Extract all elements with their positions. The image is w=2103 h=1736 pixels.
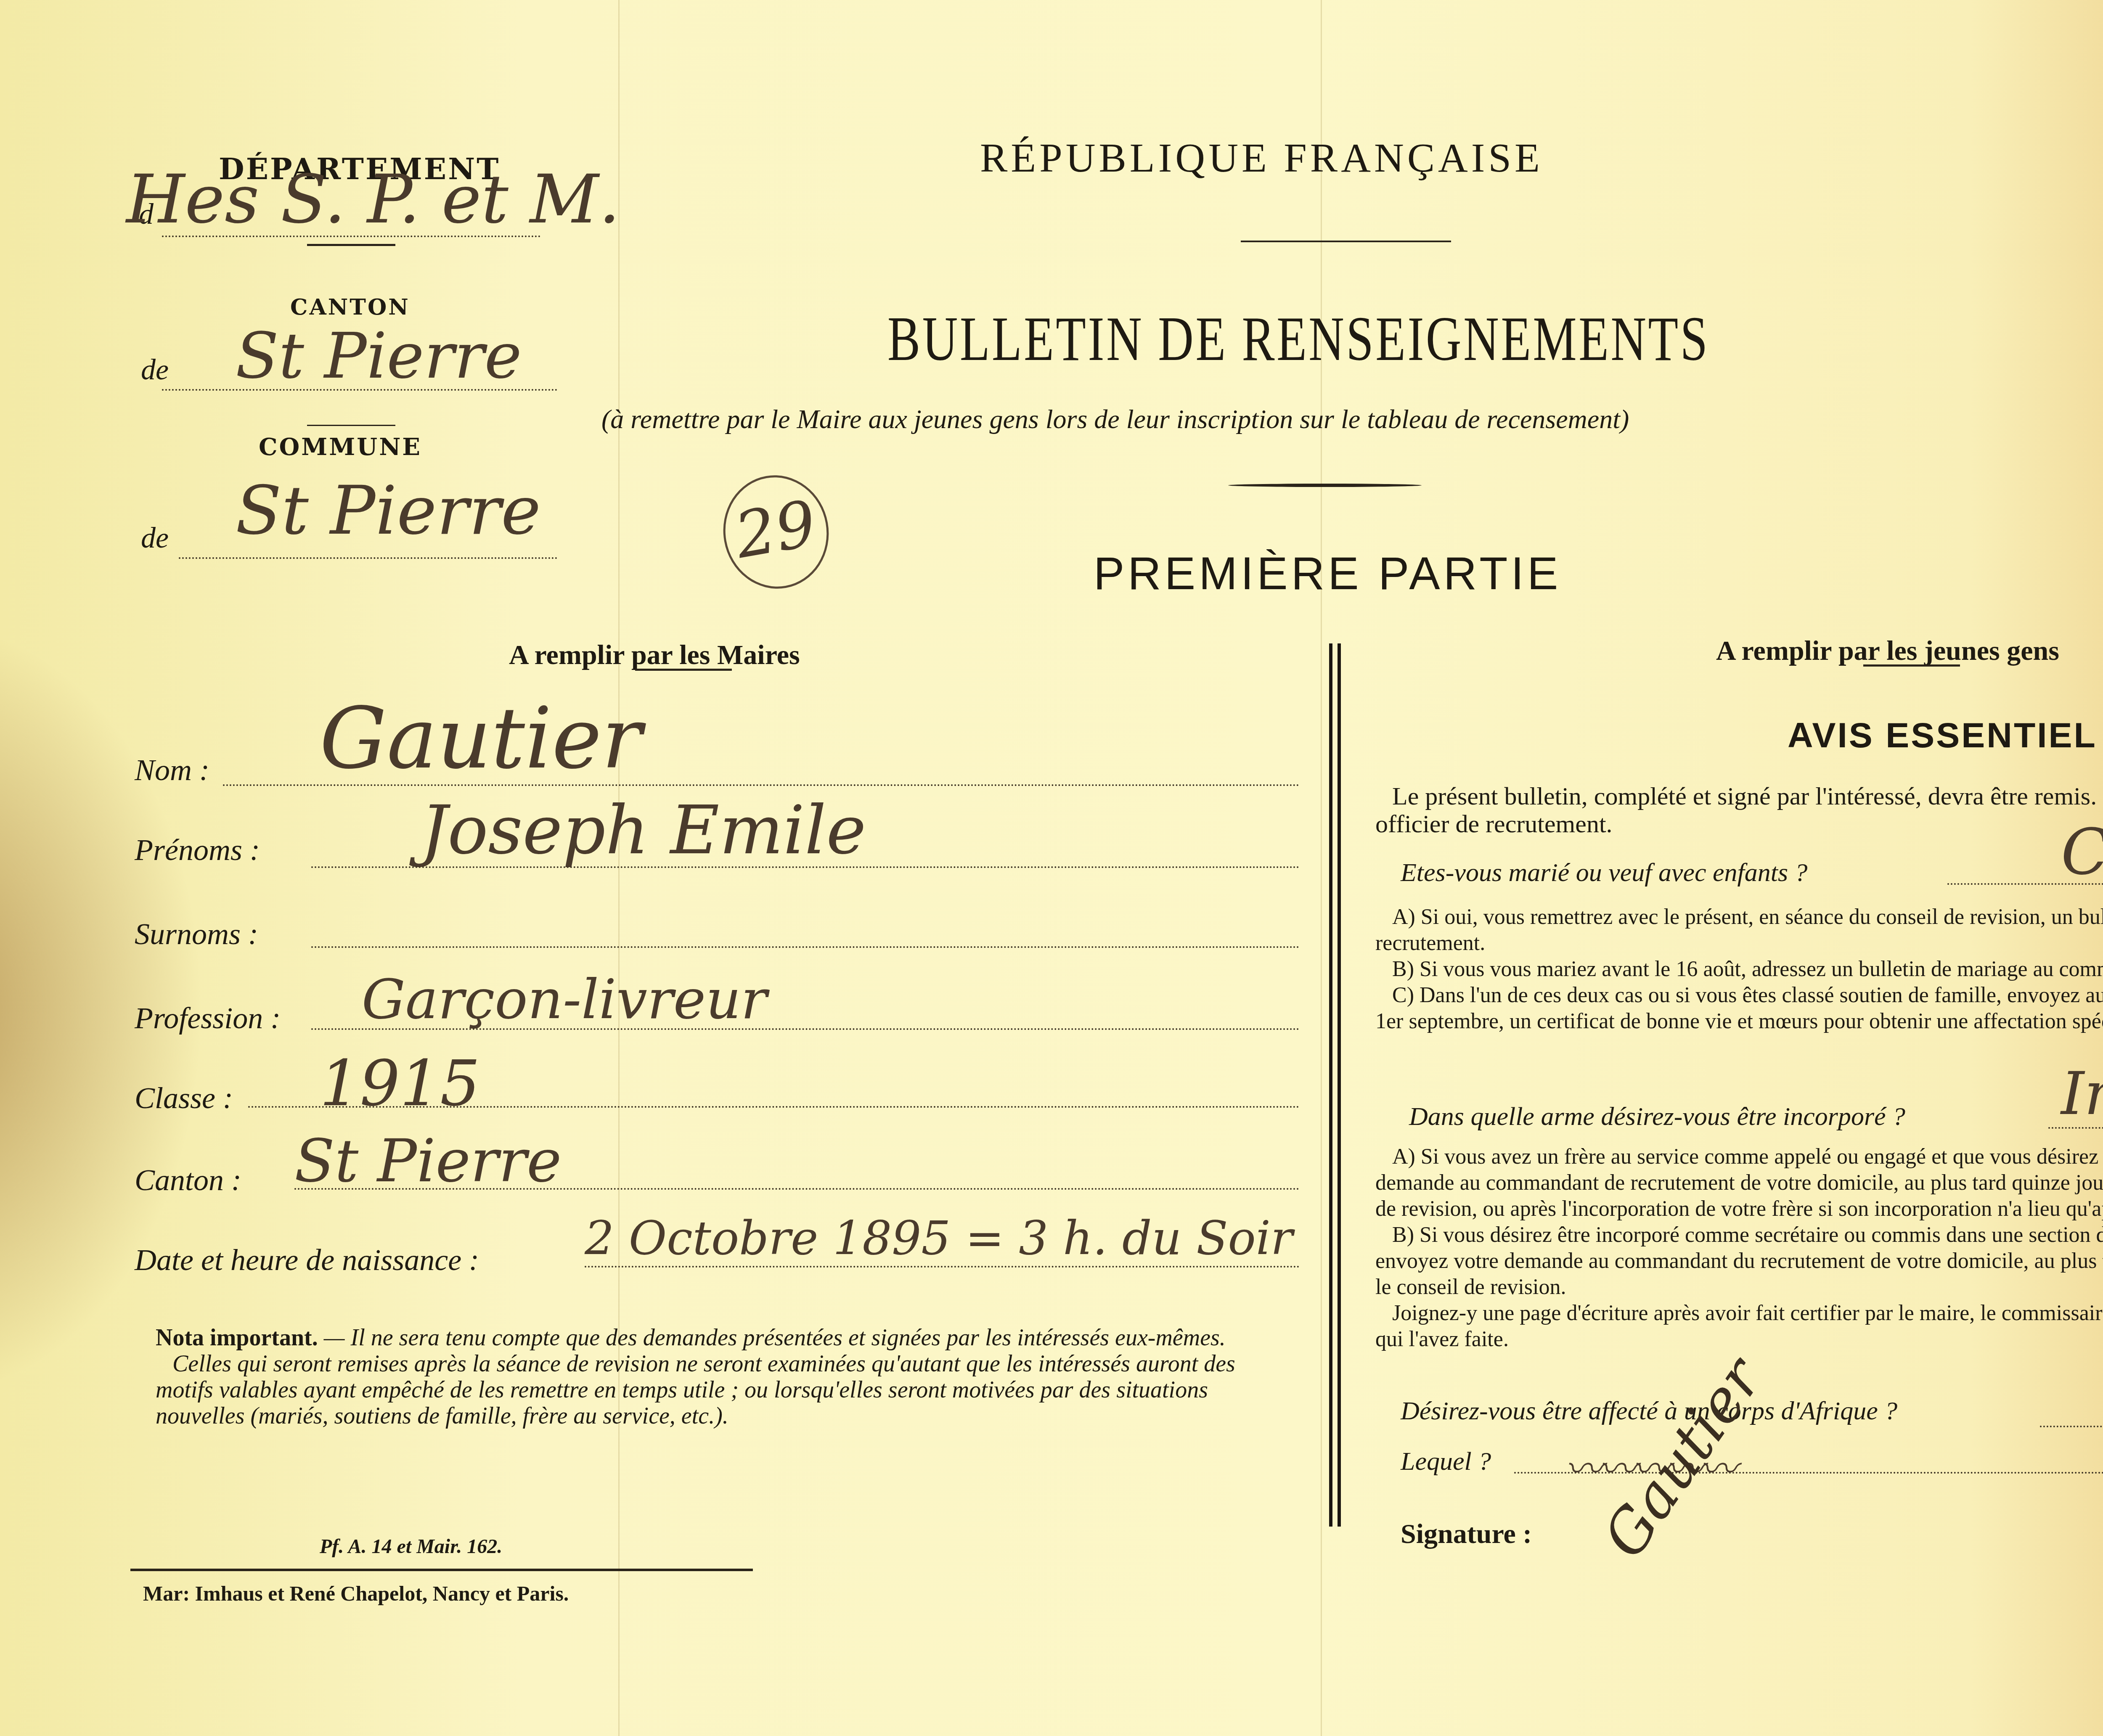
commune-value: St Pierre xyxy=(236,471,541,550)
q-arme-label: Dans quelle arme désirez-vous être incor… xyxy=(1409,1102,1905,1132)
instruction-paragraph: A) Si oui, vous remettrez avec le présen… xyxy=(1375,904,2103,956)
q-marie-value: Célibataire xyxy=(2061,816,2103,889)
departement-line xyxy=(162,236,540,237)
naissance-value: 2 Octobre 1895 = 3 h. du Soir xyxy=(585,1211,1293,1265)
separator xyxy=(635,669,732,671)
classe-label: Classe : xyxy=(135,1081,233,1116)
prenoms-value: Joseph Emile xyxy=(421,791,866,869)
nota-important: Nota important. — Il ne sera tenu compte… xyxy=(156,1325,1291,1429)
q-arme-value: Infanterie de C… xyxy=(2061,1060,2103,1128)
prenoms-label: Prénoms : xyxy=(135,833,260,868)
avis-essentiel-title: AVIS ESSENTIEL xyxy=(1788,715,2097,756)
bulletin-title: BULLETIN DE RENSEIGNEMENTS xyxy=(887,303,1709,375)
republique-heading: RÉPUBLIQUE FRANÇAISE xyxy=(980,135,1543,182)
q-marie-label: Etes-vous marié ou veuf avec enfants ? xyxy=(1401,858,1808,888)
instruction-paragraph: B) Si vous désirez être incorporé comme … xyxy=(1375,1222,2103,1300)
printer-credit: Mar: Imhaus et René Chapelot, Nancy et P… xyxy=(143,1581,569,1606)
column-divider xyxy=(1329,643,1332,1527)
nom-line xyxy=(223,784,1300,786)
naissance-label: Date et heure de naissance : xyxy=(135,1243,479,1278)
q-lequel-line xyxy=(1514,1472,2103,1474)
avis-intro: Le présent bulletin, complété et signé p… xyxy=(1375,782,2103,838)
q-afrique-label: Désirez-vous être affecté à un corps d'A… xyxy=(1401,1396,1897,1426)
right-column-heading: A remplir par les jeunes gens xyxy=(1716,635,2059,667)
instruction-paragraph: A) Si vous avez un frère au service comm… xyxy=(1375,1144,2103,1222)
canton-prefix: de xyxy=(141,353,169,387)
left-column-heading: A remplir par les Maires xyxy=(509,639,800,671)
nom-value: Gautier xyxy=(320,690,642,788)
partie-heading: PREMIÈRE PARTIE xyxy=(1094,547,1561,600)
q-lequel-label: Lequel ? xyxy=(1401,1447,1491,1477)
separator xyxy=(307,244,395,246)
q-marie-line xyxy=(1947,883,2103,885)
nom-label: Nom : xyxy=(135,753,209,788)
profession-value: Garçon-livreur xyxy=(362,967,767,1031)
nota-text: — Il ne sera tenu compte que des demande… xyxy=(318,1325,1226,1351)
prenoms-line xyxy=(311,866,1300,868)
surnoms-line xyxy=(311,946,1300,948)
profession-line xyxy=(311,1028,1300,1030)
commune-line xyxy=(179,557,557,559)
subtitle: (à remettre par le Maire aux jeunes gens… xyxy=(601,404,1629,435)
q-marie-instructions: A) Si oui, vous remettrez avec le présen… xyxy=(1375,904,2103,1035)
commune-label: COMMUNE xyxy=(259,433,422,461)
nota-text: Celles qui seront remises après la séanc… xyxy=(156,1351,1235,1429)
naissance-line xyxy=(585,1266,1300,1268)
fold-line xyxy=(1321,0,1322,1736)
profession-label: Profession : xyxy=(135,1001,281,1036)
column-divider xyxy=(1338,643,1341,1527)
classe-line xyxy=(248,1106,1300,1108)
nota-title: Nota important. xyxy=(156,1325,318,1351)
instruction-paragraph: Joignez-y une page d'écriture après avoi… xyxy=(1375,1300,2103,1352)
instruction-paragraph: C) Dans l'un de ces deux cas ou si vous … xyxy=(1375,982,2103,1035)
canton-field-value: St Pierre xyxy=(294,1127,562,1196)
commune-prefix: de xyxy=(141,521,169,555)
classe-value: 1915 xyxy=(320,1047,480,1120)
canton-field-label: Canton : xyxy=(135,1163,241,1198)
separator xyxy=(130,1569,753,1571)
canton-value: St Pierre xyxy=(236,320,522,393)
q-arme-line xyxy=(2048,1127,2103,1129)
separator xyxy=(307,425,395,426)
ornament-flourish xyxy=(1228,484,1422,487)
surnoms-label: Surnoms : xyxy=(135,917,258,952)
canton-line xyxy=(162,389,557,391)
q-afrique-line xyxy=(2040,1426,2103,1427)
signature-label: Signature : xyxy=(1401,1518,1532,1550)
form-reference: Pf. A. 14 et Mair. 162. xyxy=(320,1535,502,1558)
departement-value: Hes S. P. et M. xyxy=(126,160,620,238)
canton-field-line xyxy=(294,1188,1300,1190)
q-arme-instructions: A) Si vous avez un frère au service comm… xyxy=(1375,1144,2103,1352)
canton-label: CANTON xyxy=(290,294,410,320)
ornament-rule xyxy=(1241,241,1451,242)
avis-intro-text: Le présent bulletin, complété et signé p… xyxy=(1392,782,2103,810)
instruction-paragraph: B) Si vous vous mariez avant le 16 août,… xyxy=(1375,956,2103,982)
separator xyxy=(1863,664,1960,667)
